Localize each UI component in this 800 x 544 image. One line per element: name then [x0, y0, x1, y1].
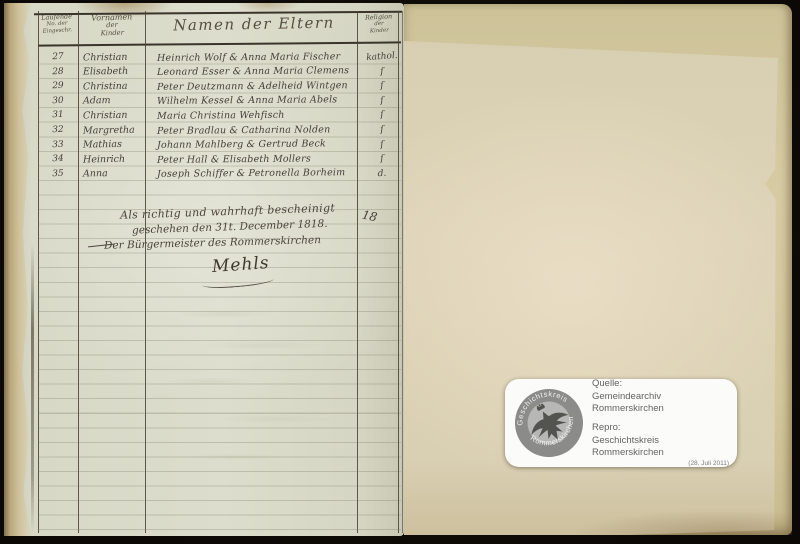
- child-name: Adam: [78, 95, 149, 107]
- parents-names: Peter Deutzmann & Adelheid Wintgen: [149, 80, 360, 93]
- column-header-parents: Namen der Eltern: [154, 14, 354, 35]
- religion-entry: ſ: [360, 65, 405, 78]
- child-name: Heinrich: [78, 153, 149, 165]
- table-row: 31 Christian Maria Christina Wehfisch ſ: [38, 108, 404, 123]
- table-row: 32 Margretha Peter Bradlau & Catharina N…: [38, 123, 404, 138]
- religion-entry: ſ: [360, 109, 405, 122]
- table-header-rule: [38, 41, 401, 46]
- parents-names: Wilhelm Kessel & Anna Maria Abels: [149, 94, 360, 107]
- margin-mark: 18: [361, 208, 379, 225]
- parents-names: Peter Bradlau & Catharina Nolden: [149, 124, 360, 137]
- quelle-label: Quelle:: [592, 378, 729, 390]
- child-name: Elisabeth: [78, 66, 149, 78]
- parents-names: Leonard Esser & Anna Maria Clemens: [149, 65, 360, 78]
- certification-note: Als richtig und wahrhaft bescheinigt ges…: [120, 204, 395, 248]
- header-index-line3: Eingeschr.: [34, 27, 80, 36]
- religion-entry: ſ: [360, 80, 405, 93]
- parents-names: Maria Christina Wehfisch: [149, 109, 360, 122]
- child-name: Anna: [78, 168, 149, 180]
- geschichtskreis-seal-icon: Geschichtskreis Rommerskirchen: [513, 387, 585, 459]
- photo-of-open-register-book: Laufende No. der Eingeschr. Vornamen der…: [0, 0, 800, 544]
- label-text-block: Quelle: Gemeindearchiv Rommerskirchen Re…: [592, 378, 729, 468]
- mayor-signature: Mehls: [211, 253, 270, 277]
- column-header-index: Laufende No. der Eingeschr.: [34, 13, 81, 36]
- row-number: 27: [38, 52, 78, 63]
- table-row: 34 Heinrich Peter Hall & Elisabeth Molle…: [38, 152, 404, 167]
- row-number: 34: [38, 153, 78, 164]
- repro-date: (28. Juli 2011): [592, 460, 729, 468]
- crumpled-corner-shadow: [562, 489, 792, 535]
- parents-names: Heinrich Wolf & Anna Maria Fischer: [149, 51, 360, 64]
- repro-label: Repro:: [592, 422, 729, 434]
- table-row: 30 Adam Wilhelm Kessel & Anna Maria Abel…: [38, 94, 404, 109]
- row-number: 33: [38, 139, 78, 150]
- row-number: 28: [38, 66, 78, 77]
- binding-crease: [31, 243, 34, 533]
- header-firstnames-line3: Kinder: [80, 29, 144, 39]
- repro-value: Geschichtskreis Rommerskirchen: [592, 435, 729, 459]
- header-religion-line1: Religion: [365, 12, 393, 21]
- register-rows: 27 Christian Heinrich Wolf & Anna Maria …: [38, 50, 404, 181]
- row-number: 30: [38, 95, 78, 106]
- row-number: 29: [38, 81, 78, 92]
- child-name: Mathias: [78, 138, 149, 150]
- parents-names: Johann Mahlberg & Gertrud Beck: [149, 138, 360, 151]
- religion-entry: ſ: [360, 94, 405, 107]
- table-row: 33 Mathias Johann Mahlberg & Gertrud Bec…: [38, 137, 404, 152]
- religion-entry: ſ: [360, 138, 405, 151]
- parents-names: Joseph Schiffer & Petronella Borheim: [149, 167, 360, 180]
- column-header-religion: Religion der Kinder: [358, 13, 401, 35]
- left-register-page: Laufende No. der Eingeschr. Vornamen der…: [4, 3, 404, 536]
- religion-entry: ſ: [360, 153, 405, 166]
- row-number: 35: [38, 168, 78, 179]
- child-name: Christian: [78, 51, 149, 63]
- label-spacer: [592, 414, 729, 422]
- child-name: Christina: [78, 80, 149, 92]
- header-religion-line3: Kinder: [358, 27, 400, 36]
- quelle-value: Gemeindearchiv Rommerskirchen: [592, 391, 729, 415]
- table-row: 28 Elisabeth Leonard Esser & Anna Maria …: [38, 65, 404, 80]
- row-number: 31: [38, 110, 78, 121]
- religion-entry: ſ: [360, 123, 405, 136]
- religion-entry: d.: [360, 167, 405, 180]
- child-name: Christian: [78, 109, 149, 121]
- torn-binding-edge: [4, 3, 31, 536]
- archive-source-label: Geschichtskreis Rommerskirchen Quelle: G…: [505, 379, 737, 467]
- religion-entry: kathol.: [360, 51, 405, 64]
- ink-bleedthrough: [124, 293, 374, 503]
- column-header-firstnames: Vornamen der Kinder: [80, 12, 145, 39]
- table-row: 35 Anna Joseph Schiffer & Petronella Bor…: [38, 166, 404, 181]
- table-row: 29 Christina Peter Deutzmann & Adelheid …: [38, 79, 404, 94]
- parents-names: Peter Hall & Elisabeth Mollers: [149, 153, 360, 166]
- row-number: 32: [38, 124, 78, 135]
- table-row: 27 Christian Heinrich Wolf & Anna Maria …: [38, 50, 404, 65]
- child-name: Margretha: [78, 124, 149, 136]
